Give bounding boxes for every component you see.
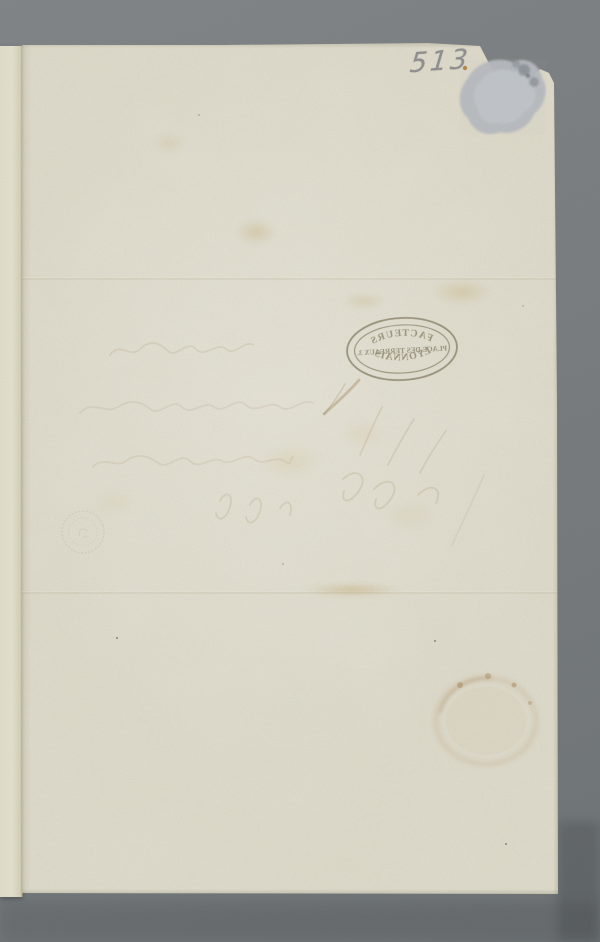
- paper-speck: [505, 843, 507, 845]
- bleed-stroke: [452, 475, 484, 545]
- tissue-grain: [460, 60, 546, 134]
- stain-spot: [342, 293, 386, 309]
- paper-speck: [198, 114, 200, 116]
- bleed-stroke: [216, 494, 291, 522]
- fold-crease-upper: [22, 277, 558, 280]
- ring-stain-fill: [446, 687, 526, 755]
- bleed-stroke: [80, 402, 313, 413]
- stain-spot: [432, 279, 492, 305]
- round-stamp-center-mark: [77, 528, 88, 539]
- stain-patch: [96, 491, 134, 513]
- bleed-stroke: [343, 473, 438, 508]
- paper-speck: [434, 640, 436, 642]
- round-stamp-inner-ring: [65, 514, 100, 549]
- photo-backdrop: FACTEURS PLACE DES TERREAUX 3. LYONNAIS: [0, 0, 600, 942]
- stain-spot: [235, 219, 277, 245]
- stain-spot: [153, 133, 185, 153]
- backdrop-shadow-bottom: [0, 902, 600, 942]
- ring-stain-dot: [457, 682, 463, 688]
- left-page-fold-strip: [0, 46, 23, 897]
- paper-speck: [522, 305, 524, 307]
- embossed-round-stamp: [54, 503, 112, 561]
- crease-stain: [304, 583, 400, 597]
- torn-corner-tissue-remnant: [438, 48, 558, 144]
- oval-stamp-graphic: FACTEURS PLACE DES TERREAUX 3. LYONNAIS: [340, 309, 464, 389]
- round-stamp-outer-ring: [57, 506, 110, 559]
- letter-verso-page: FACTEURS PLACE DES TERREAUX 3. LYONNAIS: [22, 43, 558, 895]
- stain-patch: [340, 421, 384, 447]
- stain-patch: [258, 445, 322, 477]
- round-stamp-graphic: [54, 503, 112, 561]
- fold-crease-lower: [22, 591, 558, 594]
- bleed-flourish: [324, 384, 345, 414]
- seal-ring-stain: [420, 661, 560, 783]
- ring-stain-dot: [528, 701, 532, 705]
- bleed-stroke: [360, 407, 446, 473]
- paper-speck: [282, 563, 284, 565]
- rust-dot: [463, 66, 467, 70]
- postal-oval-stamp: FACTEURS PLACE DES TERREAUX 3. LYONNAIS: [340, 309, 464, 389]
- stain-patch: [384, 501, 434, 531]
- paper-speck: [116, 637, 118, 639]
- ring-stain-dot: [485, 673, 491, 679]
- ring-stain-dot: [512, 683, 517, 688]
- bleed-stroke: [110, 343, 253, 355]
- bleed-stroke: [93, 456, 293, 467]
